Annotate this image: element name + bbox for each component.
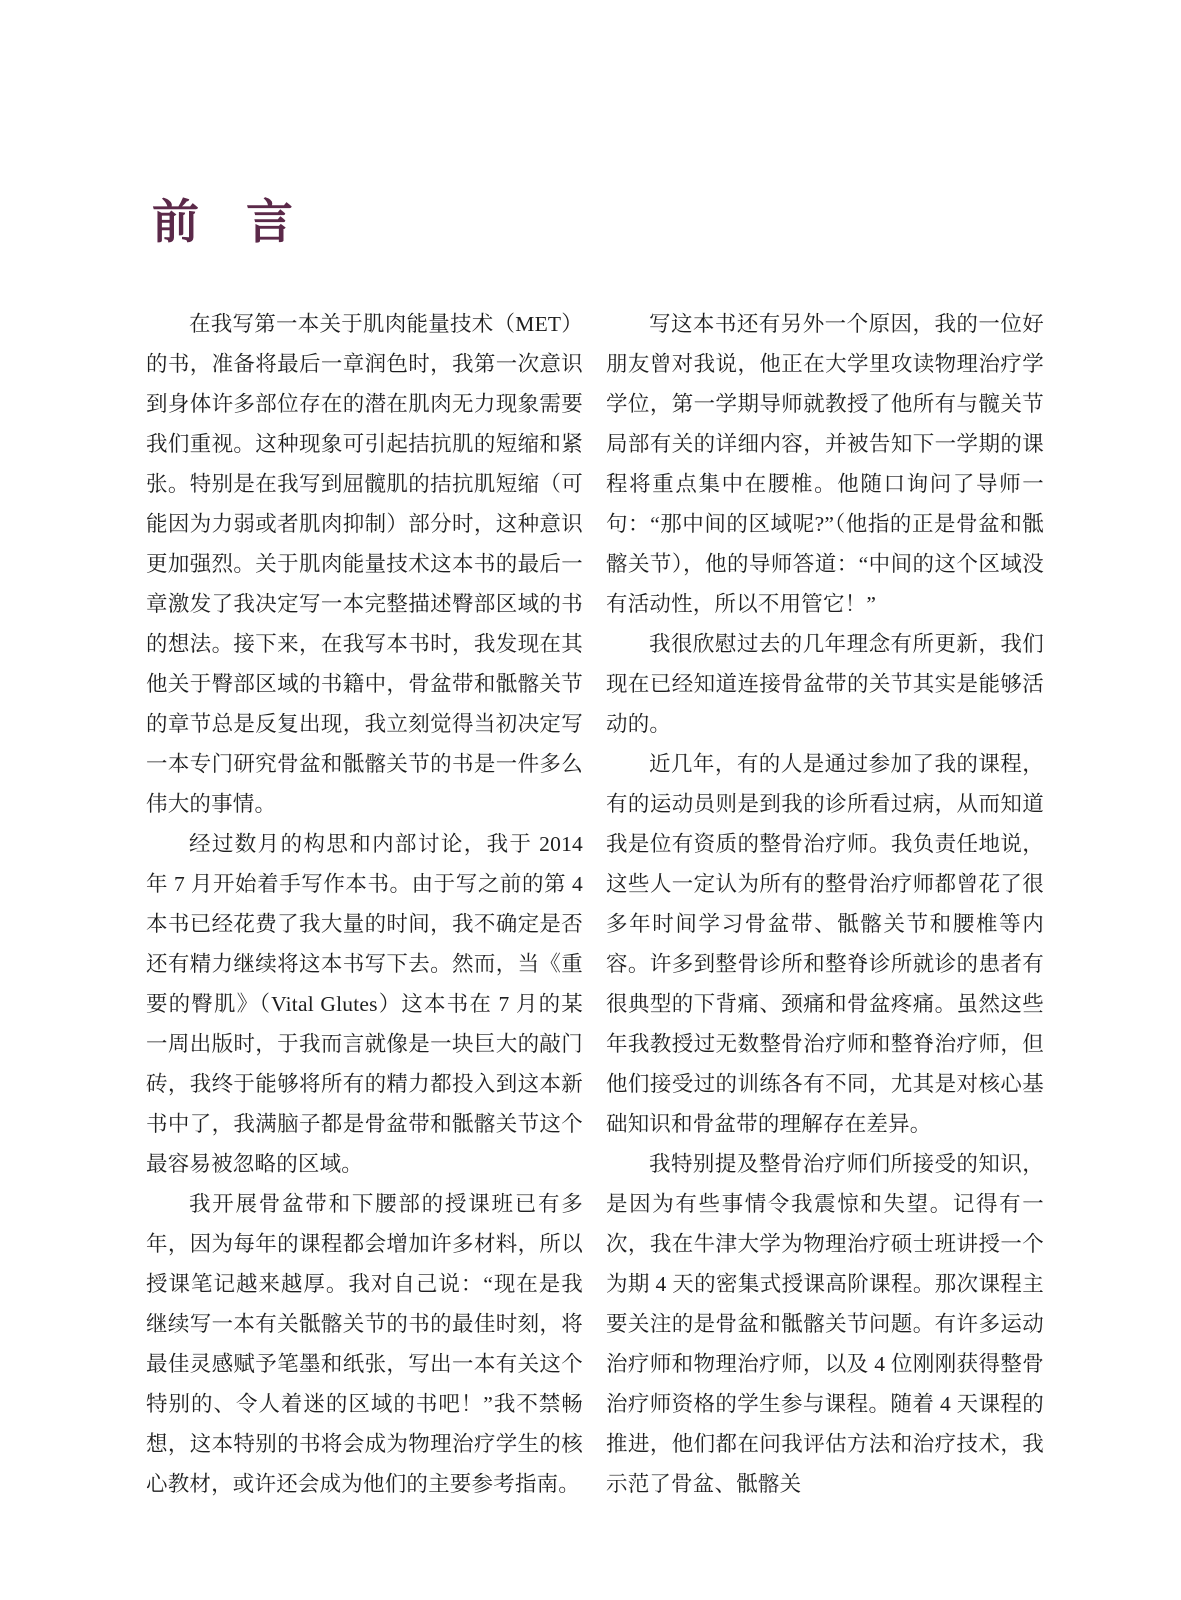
paragraph: 写这本书还有另外一个原因，我的一位好朋友曾对我说，他正在大学里攻读物理治疗学学位… [606,304,1044,624]
left-column: 在我写第一本关于肌肉能量技术（MET）的书，准备将最后一章润色时，我第一次意识到… [146,304,583,1504]
paragraph: 我开展骨盆带和下腰部的授课班已有多年，因为每年的课程都会增加许多材料，所以授课笔… [146,1184,583,1504]
paragraph: 我特别提及整骨治疗师们所接受的知识，是因为有些事情令我震惊和失望。记得有一次，我… [606,1144,1044,1504]
paragraph: 在我写第一本关于肌肉能量技术（MET）的书，准备将最后一章润色时，我第一次意识到… [146,304,583,824]
right-column: 写这本书还有另外一个原因，我的一位好朋友曾对我说，他正在大学里攻读物理治疗学学位… [606,304,1044,1504]
paragraph: 近几年，有的人是通过参加了我的课程，有的运动员则是到我的诊所看过病，从而知道我是… [606,744,1044,1144]
paragraph: 我很欣慰过去的几年理念有所更新，我们现在已经知道连接骨盆带的关节其实是能够活动的… [606,624,1044,744]
page: 前 言 在我写第一本关于肌肉能量技术（MET）的书，准备将最后一章润色时，我第一… [0,0,1181,1600]
paragraph: 经过数月的构思和内部讨论，我于 2014 年 7 月开始着手写作本书。由于写之前… [146,824,583,1184]
page-title: 前 言 [152,196,293,248]
